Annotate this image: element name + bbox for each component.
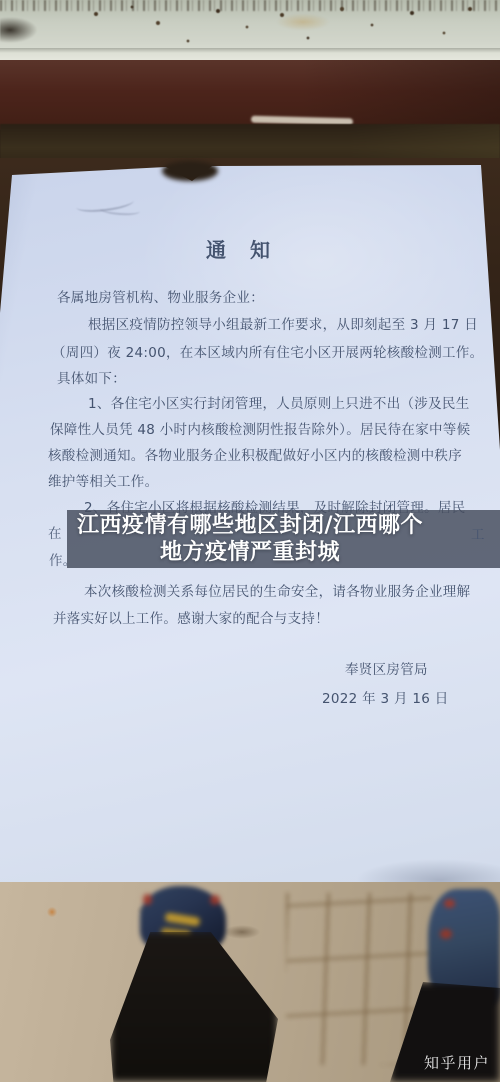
notice-line: 维护等相关工作。 bbox=[48, 470, 158, 490]
notice-line: （周四）夜 24:00，在本区域内所有住宅小区开展两轮核酸检测工作。 bbox=[52, 341, 483, 361]
notice-line: 本次核酸检测关系每位居民的生命安全，请各物业服务企业理解 bbox=[84, 580, 470, 600]
notice-signature: 奉贤区房管局 bbox=[345, 658, 428, 678]
notice-line: 核酸检测通知。各物业服务企业积极配做好小区内的核酸检测中秩序 bbox=[48, 444, 462, 464]
zhihu-watermark: 知乎用户 bbox=[424, 1052, 490, 1073]
notice-line: 具体如下： bbox=[57, 367, 126, 387]
shoe-red-accent bbox=[210, 895, 220, 905]
notice-date: 2022 年 3 月 16 日 bbox=[322, 687, 449, 707]
notice-title: 通 知 bbox=[206, 234, 272, 263]
photo-canvas: 通 知 各属地房管机构、物业服务企业： 根据区疫情防控领导小组最新工作要求，从即… bbox=[0, 0, 500, 1082]
shoe-red-accent bbox=[143, 894, 152, 905]
notice-line: 1、各住宅小区实行封闭管理，人员原则上只进不出（涉及民生 bbox=[88, 392, 470, 412]
shoe-yellow-accent bbox=[165, 912, 201, 926]
notice-line: 并落实好以上工作。感谢大家的配合与支持！ bbox=[53, 607, 329, 627]
shoe-red-accent bbox=[444, 899, 455, 908]
frame-shadow-blob bbox=[162, 161, 218, 181]
notice-line: 各属地房管机构、物业服务企业： bbox=[57, 286, 264, 306]
shoe-red-accent bbox=[440, 929, 452, 939]
notice-line: 根据区疫情防控领导小组最新工作要求，从即刻起至 3 月 17 日 bbox=[88, 313, 478, 333]
left-leg bbox=[110, 932, 278, 1082]
notice-line: 保障性人员凭 48 小时内核酸检测阴性报告除外）。居民待在家中等候 bbox=[50, 418, 470, 438]
caption-line-2: 地方疫情严重封城 bbox=[0, 539, 500, 566]
caption-line-1: 江西疫情有哪些地区封闭/江西哪个 bbox=[0, 512, 500, 539]
caption-text: 江西疫情有哪些地区封闭/江西哪个 地方疫情严重封城 bbox=[0, 512, 500, 566]
